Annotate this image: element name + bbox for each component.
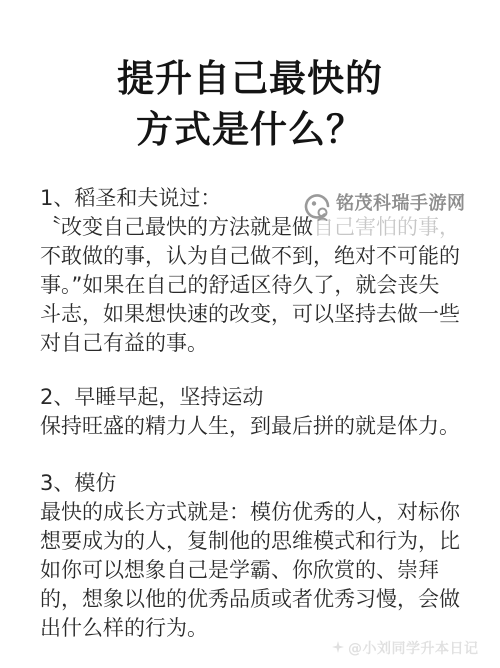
section-1: 1、稻圣和夫说过： 〝改变自己最快的方法就是做自己害怕的事， 不敢做的事，认为自…	[40, 184, 470, 358]
section-3: 3、模仿 最快的成长方式就是：模仿优秀的人，对标你 想要成为的人，复制他的思维模…	[40, 469, 470, 643]
section-3-line-2: 想要成为的人，复制他的思维模式和行为，比	[40, 527, 470, 556]
section-1-line-1-faded: 自己害怕的事，	[313, 215, 460, 239]
section-1-line-1-normal: 〝改变自己最快的方法就是做	[40, 215, 313, 239]
section-1-heading: 1、稻圣和夫说过：	[40, 184, 470, 213]
section-2-line-1: 保持旺盛的精力人生，到最后拼的就是体力。	[40, 412, 470, 441]
page-title: 提升自己最快的 方式是什么？	[0, 53, 500, 155]
section-3-line-5: 出什么样的行为。	[40, 614, 470, 643]
section-1-line-4: 斗志，如果想快速的改变，可以坚持去做一些	[40, 300, 470, 329]
section-1-line-3: 事。”如果在自己的舒适区待久了，就会丧失	[40, 271, 470, 300]
section-3-line-1: 最快的成长方式就是：模仿优秀的人，对标你	[40, 498, 470, 527]
section-2-heading: 2、早睡早起，坚持运动	[40, 383, 470, 412]
section-3-heading: 3、模仿	[40, 469, 470, 498]
post-image: 提升自己最快的 方式是什么？ 1、稻圣和夫说过： 〝改变自己最快的方法就是做自己…	[0, 0, 500, 668]
section-1-line-5: 对自己有益的事。	[40, 329, 470, 358]
section-3-line-3: 如你可以想象自己是学霸、你欣赏的、崇拜	[40, 556, 470, 585]
section-2: 2、早睡早起，坚持运动 保持旺盛的精力人生，到最后拼的就是体力。	[40, 383, 470, 441]
section-3-line-4: 的，想象以他的优秀品质或者优秀习慢，会做	[40, 585, 470, 614]
page-title-line1: 提升自己最快的	[0, 53, 500, 104]
page-title-line2: 方式是什么？	[0, 104, 500, 155]
section-1-line-1: 〝改变自己最快的方法就是做自己害怕的事，	[40, 213, 470, 242]
section-1-line-2: 不敢做的事，认为自己做不到，绝对不可能的	[40, 242, 470, 271]
